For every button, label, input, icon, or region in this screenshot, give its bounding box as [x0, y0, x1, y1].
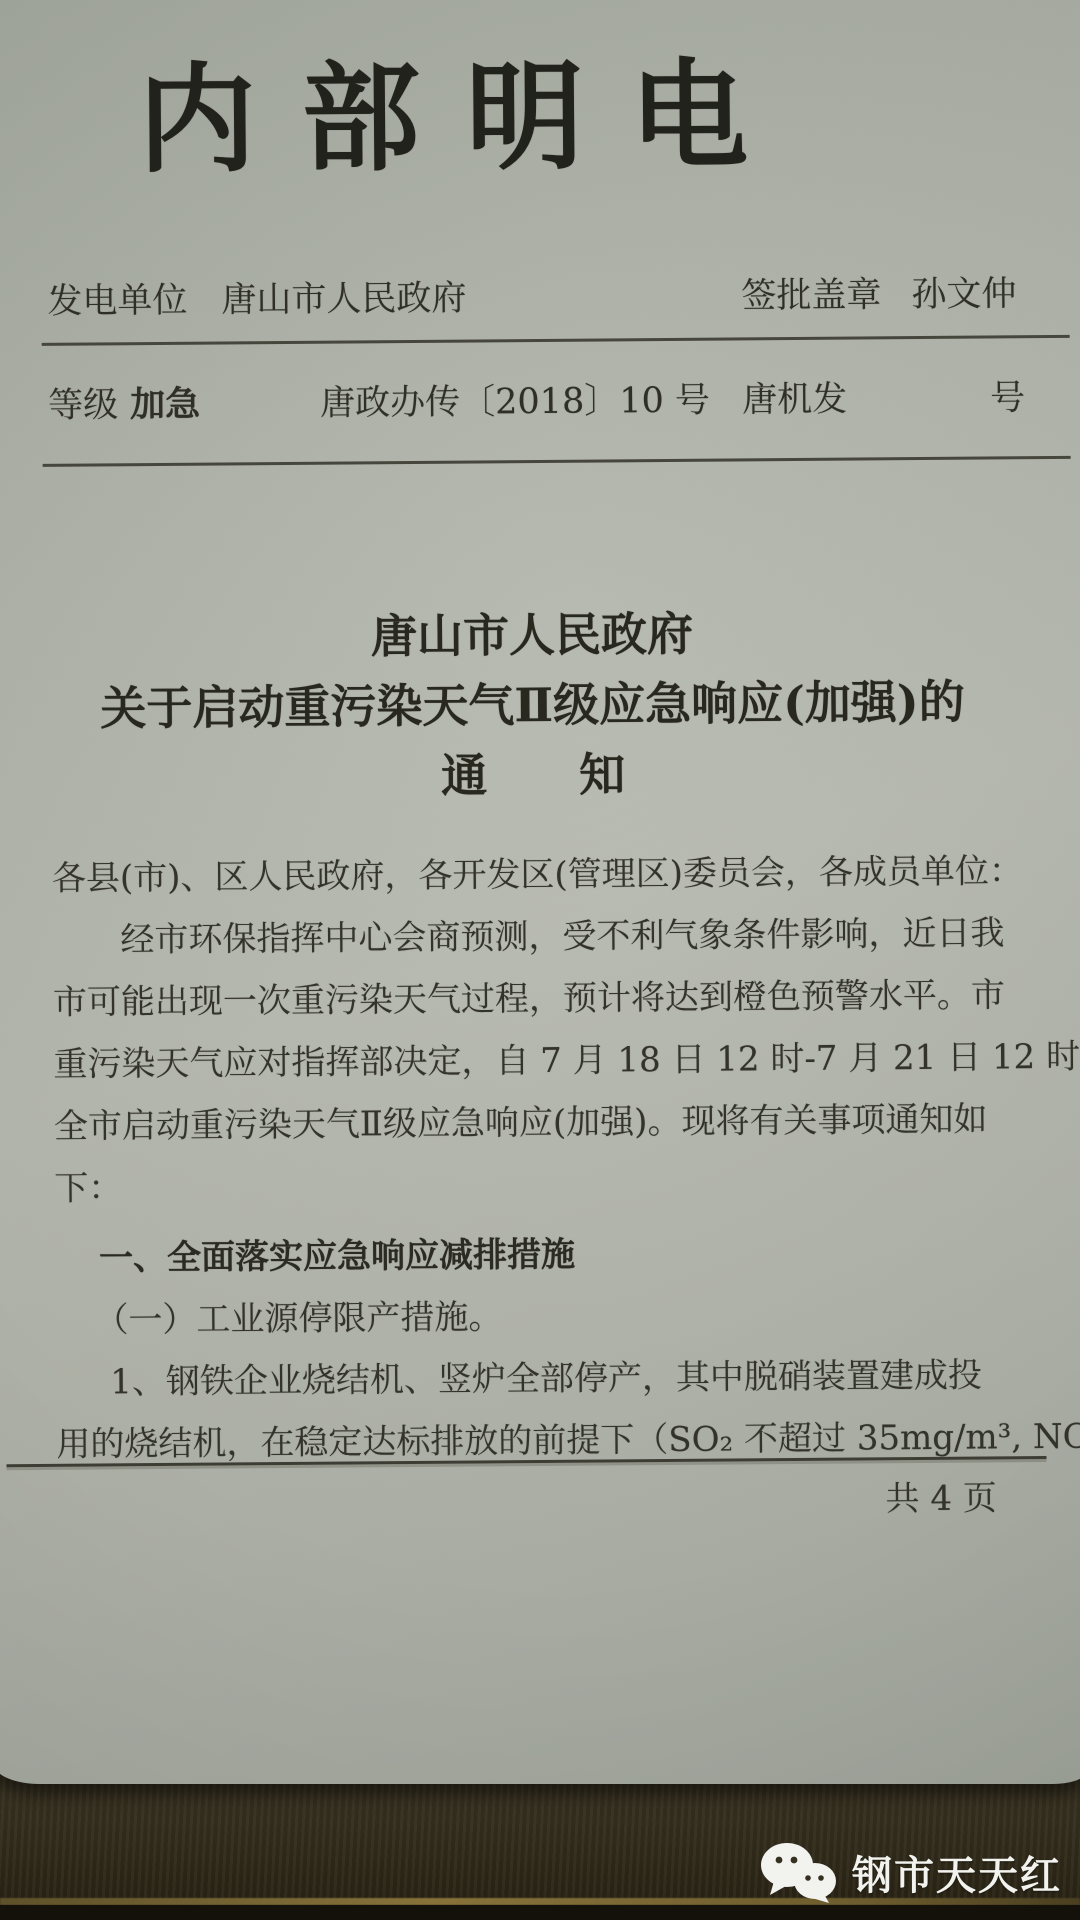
header-divider-1 — [42, 335, 1070, 346]
seal-value: 孙文仲 — [911, 266, 1016, 317]
document-title: 唐山市人民政府 关于启动重污染天气Ⅱ级应急响应(加强)的 通 知 — [0, 596, 1073, 814]
page-count: 共 4 页 — [885, 1470, 997, 1520]
body-line: 一、全面落实应急响应减排措施 — [55, 1220, 1021, 1290]
body-line: （一）工业源停限产措施。 — [55, 1282, 1021, 1352]
issuer-value: 唐山市人民政府 — [221, 271, 466, 323]
body-line: 全市启动重污染天气Ⅱ级应急响应(加强)。现将有关事项通知如 — [54, 1088, 1020, 1158]
watermark: 钢市天天红 — [0, 1842, 1062, 1902]
document-title-line2: 关于启动重污染天气Ⅱ级应急响应(加强)的 — [0, 666, 1073, 744]
dispatch-suffix: 号 — [990, 370, 1025, 420]
watermark-label: 钢市天天红 — [852, 1844, 1062, 1901]
document-content: 内部明电 发电单位 唐山市人民政府 签批盖章 孙文仲 等级 加急 唐政办传〔20… — [0, 0, 1080, 1788]
masthead-title: 内部明电 — [137, 50, 794, 185]
header-row-1: 发电单位 唐山市人民政府 签批盖章 孙文仲 — [0, 266, 1069, 274]
issuer-label: 发电单位 — [47, 273, 187, 324]
level-label: 等级 — [48, 377, 118, 428]
wechat-icon — [760, 1841, 838, 1903]
body-line: 下： — [54, 1150, 1020, 1220]
bottom-strip — [0, 1905, 1080, 1920]
body-line: 1、钢铁企业烧结机、竖炉全部停产，其中脱硝装置建成投 — [56, 1344, 1022, 1414]
body-text: 各县(市)、区人民政府，各开发区(管理区)委员会，各成员单位：经市环保指挥中心会… — [52, 840, 1023, 1476]
body-line: 重污染天气应对指挥部决定，自 7 月 18 日 12 时-7 月 21 日 12… — [53, 1026, 1019, 1096]
header-row-2: 等级 加急 唐政办传〔2018〕10 号 唐机发 号 — [0, 370, 1070, 378]
paper-sheet: 内部明电 发电单位 唐山市人民政府 签批盖章 孙文仲 等级 加急 唐政办传〔20… — [0, 0, 1080, 1784]
body-line: 各县(市)、区人民政府，各开发区(管理区)委员会，各成员单位： — [52, 840, 1018, 910]
document-title-line3: 通 知 — [0, 736, 1073, 814]
body-line: 市可能出现一次重污染天气过程，预计将达到橙色预警水平。市 — [53, 964, 1019, 1034]
body-line: 经市环保指挥中心会商预测，受不利气象条件影响，近日我 — [52, 902, 1018, 972]
header-divider-2 — [43, 456, 1071, 467]
document-title-line1: 唐山市人民政府 — [0, 596, 1072, 674]
seal-label: 签批盖章 — [741, 267, 881, 318]
level-value: 加急 — [130, 377, 200, 428]
ref-number: 唐政办传〔2018〕10 号 — [320, 373, 710, 426]
dispatch-label: 唐机发 — [742, 372, 847, 423]
